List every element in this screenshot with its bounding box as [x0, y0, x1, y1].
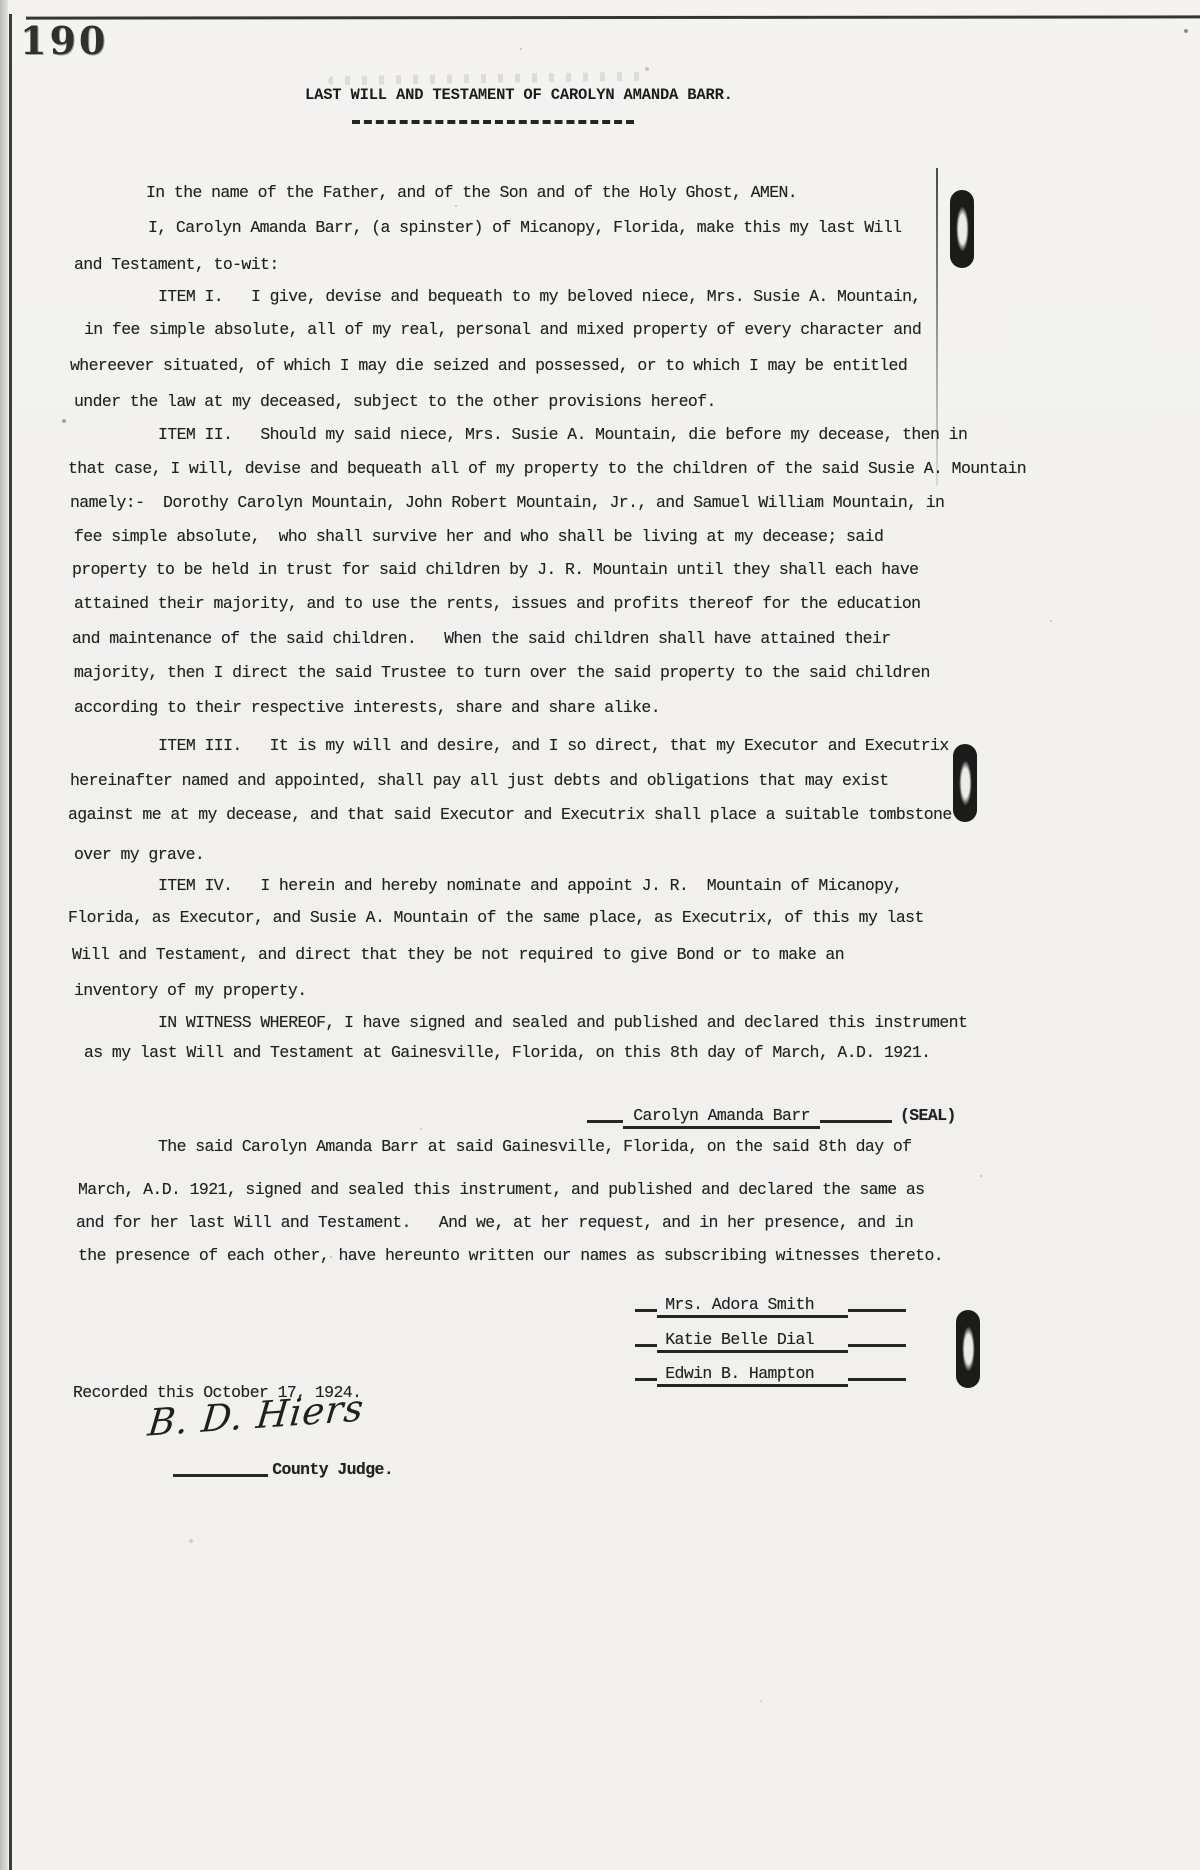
scanned-will-document-page: 190 LAST WILL AND TESTAMENT OF CAROLYN A…	[0, 0, 1200, 1870]
scan-top-border-line	[26, 15, 1200, 19]
document-title: LAST WILL AND TESTAMENT OF CAROLYN AMAND…	[305, 86, 733, 104]
will-text-line: attained their majority, and to use the …	[74, 594, 920, 614]
attestation-line: the presence of each other, have hereunt…	[78, 1246, 943, 1266]
scan-vertical-line-artifact	[936, 168, 938, 486]
signature-underline-dash	[820, 1108, 892, 1123]
will-text-line: Florida, as Executor, and Susie A. Mount…	[68, 908, 924, 928]
attestation-line: The said Carolyn Amanda Barr at said Gai…	[158, 1137, 911, 1157]
witness-signature-row: Edwin B. Hampton	[598, 1344, 906, 1406]
scan-left-border-line	[9, 14, 12, 1870]
will-text-line: in fee simple absolute, all of my real, …	[84, 320, 921, 340]
will-text-line-witness-clause: IN WITNESS WHEREOF, I have signed and se…	[158, 1013, 967, 1033]
will-text-line: hereinafter named and appointed, shall p…	[70, 771, 889, 791]
signature-underline-dash	[173, 1462, 268, 1477]
will-text-line-item-2: ITEM II. Should my said niece, Mrs. Susi…	[158, 425, 967, 445]
will-text-line: that case, I will, devise and bequeath a…	[68, 459, 1026, 479]
will-text-line: according to their respective interests,…	[74, 698, 660, 718]
scan-noise-specks	[0, 0, 2, 2]
judge-title-label: County Judge.	[272, 1460, 393, 1479]
witness-signature-name: Edwin B. Hampton	[657, 1364, 848, 1387]
testator-signature-name: Carolyn Amanda Barr	[623, 1106, 820, 1129]
signature-underline-dash	[635, 1366, 657, 1381]
will-text-line: and maintenance of the said children. Wh…	[72, 629, 891, 649]
paper-edge-shadow	[0, 0, 8, 1870]
will-text-line: fee simple absolute, who shall survive h…	[74, 527, 883, 547]
will-text-line: whereever situated, of which I may die s…	[70, 356, 907, 376]
attestation-line: and for her last Will and Testament. And…	[76, 1213, 913, 1233]
signature-underline-dash	[587, 1108, 623, 1123]
will-text-line-item-1: ITEM I. I give, devise and bequeath to m…	[158, 287, 921, 307]
will-text-line: majority, then I direct the said Trustee…	[74, 663, 930, 683]
will-text-line: Will and Testament, and direct that they…	[72, 945, 844, 965]
will-text-line: and Testament, to-wit:	[74, 255, 279, 275]
will-text-line: over my grave.	[74, 845, 204, 865]
will-text-line: as my last Will and Testament at Gainesv…	[84, 1043, 930, 1063]
will-text-line: In the name of the Father, and of the So…	[146, 183, 797, 203]
will-text-line: I, Carolyn Amanda Barr, (a spinster) of …	[148, 218, 901, 238]
attestation-line: March, A.D. 1921, signed and sealed this…	[78, 1180, 924, 1200]
page-number: 190	[20, 18, 108, 63]
seal-label: (SEAL)	[900, 1106, 956, 1125]
binding-mark	[953, 744, 977, 822]
binding-mark	[956, 1310, 980, 1388]
will-text-line-item-4: ITEM IV. I herein and hereby nominate an…	[158, 876, 902, 896]
will-text-line: under the law at my deceased, subject to…	[74, 392, 716, 412]
will-text-line: against me at my decease, and that said …	[68, 805, 952, 825]
binding-mark	[950, 190, 974, 268]
title-dashed-underline	[352, 120, 634, 124]
will-text-line: inventory of my property.	[74, 981, 307, 1001]
scan-smudge-mark	[328, 72, 643, 85]
will-text-line: namely:- Dorothy Carolyn Mountain, John …	[70, 493, 944, 513]
will-text-line: property to be held in trust for said ch…	[72, 560, 918, 580]
will-text-line-item-3: ITEM III. It is my will and desire, and …	[158, 736, 949, 756]
signature-underline-dash	[848, 1366, 906, 1381]
judge-title-row: County Judge.	[136, 1440, 393, 1498]
